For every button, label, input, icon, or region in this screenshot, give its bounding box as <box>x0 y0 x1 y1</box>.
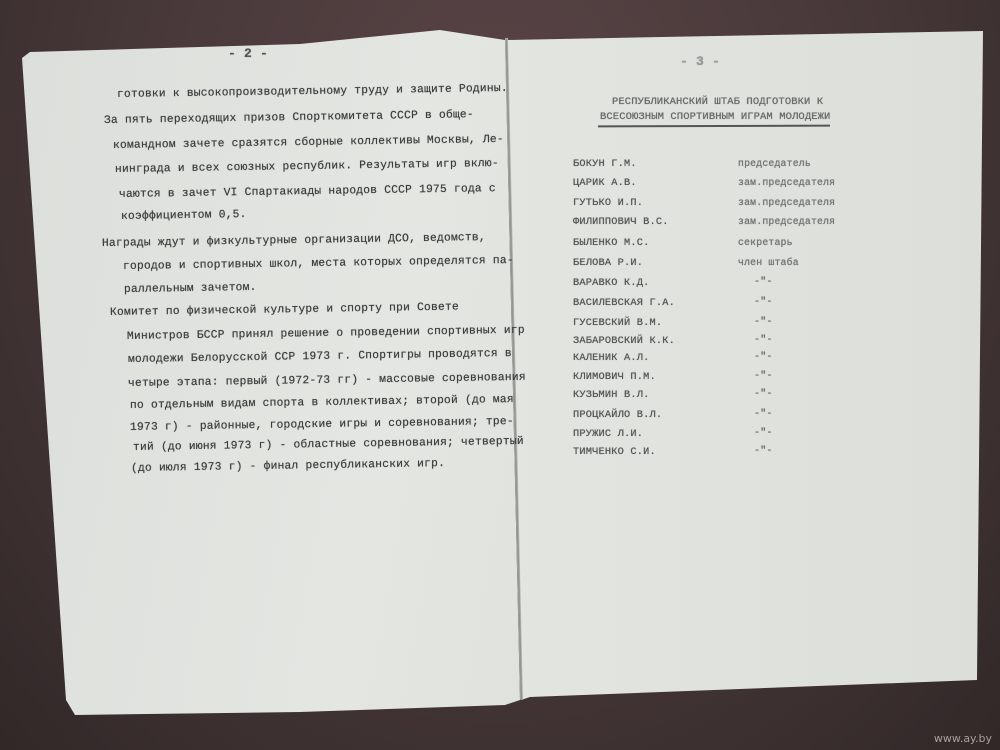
staff-title-line-1: РЕСПУБЛИКАНСКИЙ ШТАБ ПОДГОТОВКИ К <box>612 96 823 108</box>
member-name: ПРУЖИС Л.И. <box>573 428 643 440</box>
body-line: коэффициентом 0,5. <box>121 209 247 223</box>
member-role: -"- <box>754 428 773 439</box>
member-role: -"- <box>754 446 773 457</box>
member-role: -"- <box>754 352 773 363</box>
staff-title-line-2: ВСЕСОЮЗНЫМ СПОРТИВНЫМ ИГРАМ МОЛОДЕЖИ <box>600 111 830 123</box>
member-name: ФИЛИППОВИЧ В.С. <box>573 216 669 228</box>
member-name: ТИМЧЕНКО С.И. <box>573 446 656 458</box>
member-role: -"- <box>754 297 773 308</box>
member-role: -"- <box>754 409 773 420</box>
member-name: БЕЛОВА Р.И. <box>573 257 643 269</box>
member-name: КУЗЬМИН В.Л. <box>573 389 650 401</box>
member-role: зам.председателя <box>738 177 835 188</box>
member-name: БЫЛЕНКО М.С. <box>573 237 650 249</box>
member-name: ГУТЬКО И.П. <box>573 197 643 209</box>
member-name: ВАРАВКО К.Д. <box>573 277 650 289</box>
left-page-number: - 2 - <box>228 46 268 61</box>
right-page-number: - 3 - <box>680 54 720 69</box>
member-role: член штаба <box>738 257 799 268</box>
member-role: -"- <box>754 277 773 288</box>
member-name: ЗАБАРОВСКИЙ К.К. <box>573 335 675 347</box>
member-role: -"- <box>754 389 773 400</box>
member-role: зам.председателя <box>738 197 835 208</box>
member-name: БОКУН Г.М. <box>573 158 637 170</box>
member-role: зам.председателя <box>738 216 835 227</box>
member-role: -"- <box>754 335 773 346</box>
body-line: раллельным зачетом. <box>124 282 257 296</box>
member-name: ЦАРИК А.В. <box>573 177 637 189</box>
member-role: секретарь <box>738 237 793 248</box>
member-name: ГУСЕВСКИЙ В.М. <box>573 317 662 329</box>
member-name: ПРОЦКАЙЛО В.Л. <box>573 409 662 421</box>
member-name: КЛИМОВИЧ П.М. <box>573 371 656 383</box>
watermark: www.ay.by <box>934 732 992 745</box>
member-role: -"- <box>754 371 773 382</box>
member-role: председатель <box>738 158 811 169</box>
member-name: ВАСИЛЕВСКАЯ Г.А. <box>573 297 675 309</box>
member-role: -"- <box>754 317 773 328</box>
member-name: КАЛЕНИК А.Л. <box>573 352 650 364</box>
